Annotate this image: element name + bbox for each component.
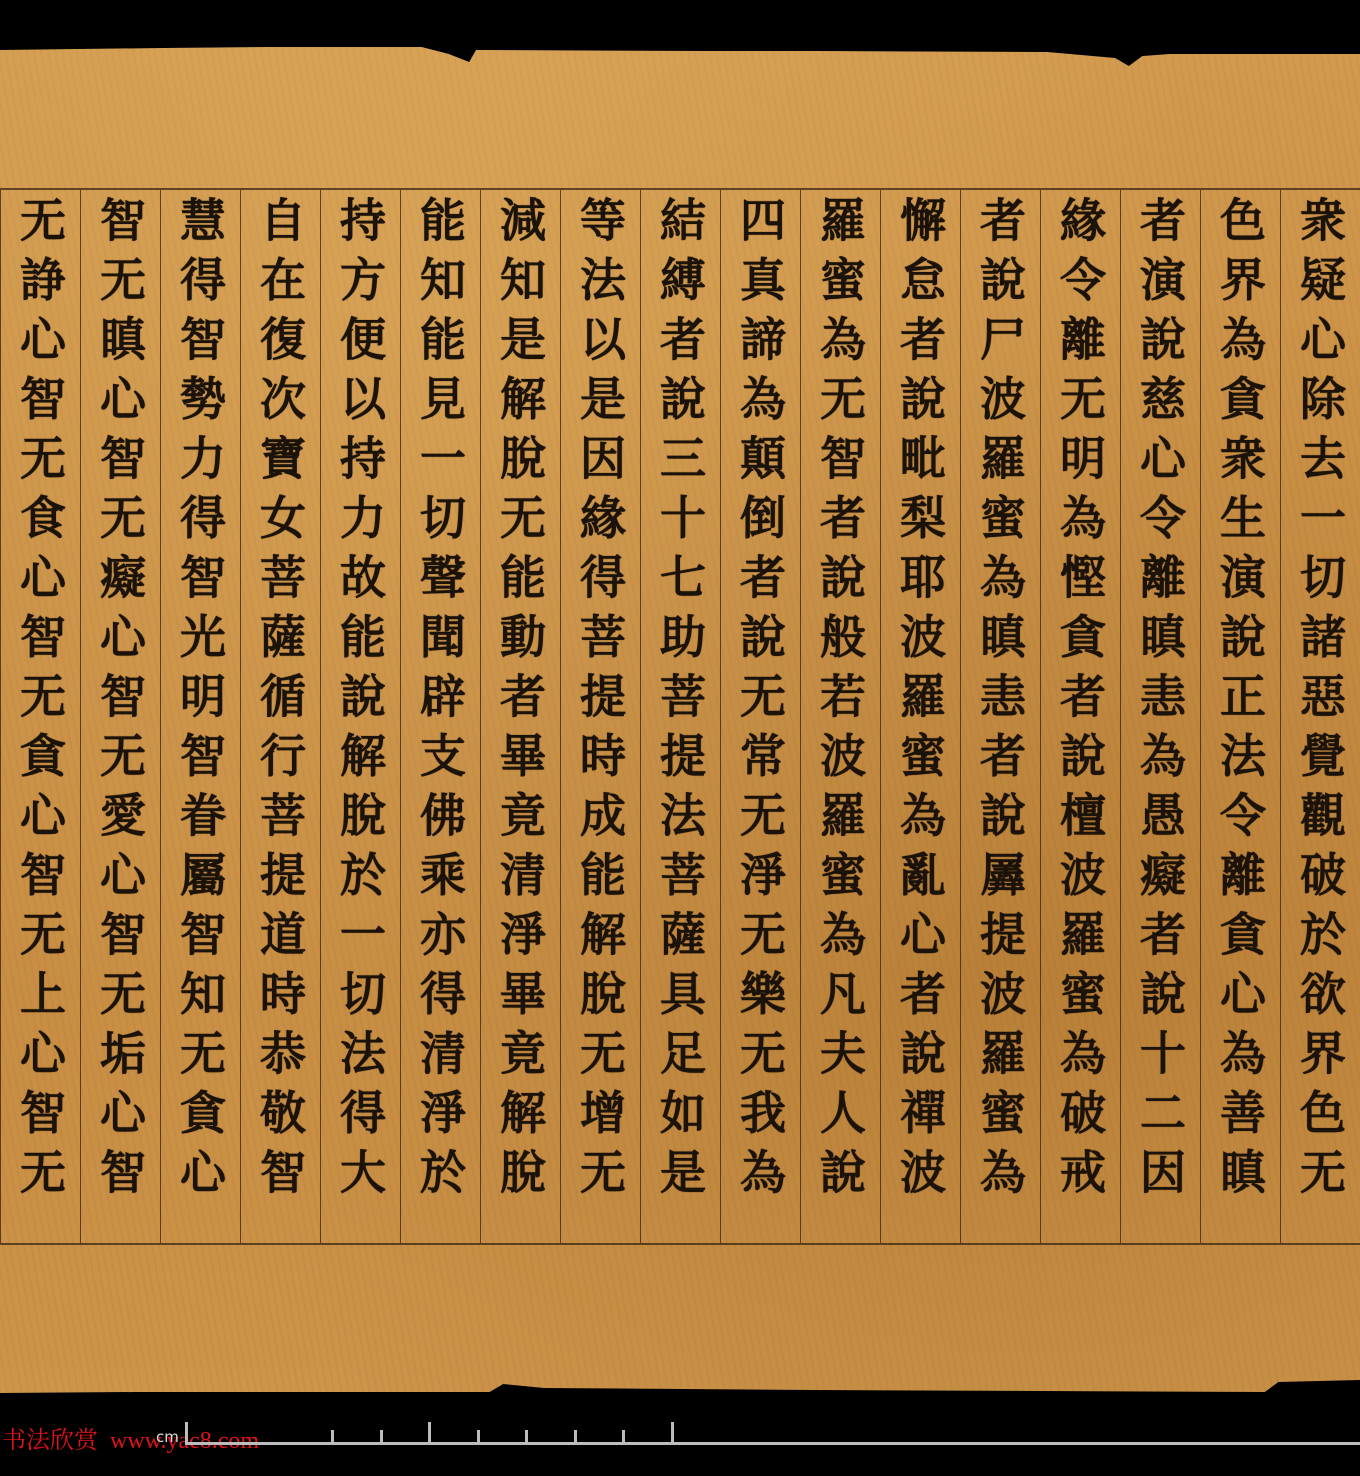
column-text: 慧得智勢力得智光明智眷屬智知无貪心 [160, 196, 240, 1208]
text-column-15: 慧得智勢力得智光明智眷屬智知无貪心 [160, 190, 240, 1243]
ruler-tick [331, 1430, 334, 1442]
text-column-10: 等法以是因緣得菩提時成能解脫无增无 [560, 190, 640, 1243]
ruler-tick [574, 1430, 577, 1442]
ruler-tick [671, 1422, 674, 1442]
column-text: 四真諦為顛倒者說无常无淨无樂无我為 [720, 196, 800, 1208]
column-text: 緣令離无明為慳貪者說檀波羅蜜為破戒 [1040, 196, 1120, 1208]
column-text: 智无瞋心智无癡心智无愛心智无垢心智 [80, 196, 160, 1208]
text-column-7: 羅蜜為无智者說般若波羅蜜為凡夫人說 [800, 190, 880, 1243]
column-text: 能知能見一切聲聞辟支佛乘亦得清淨於 [400, 196, 480, 1208]
text-column-5: 者說尸波羅蜜為瞋恚者說羼提波羅蜜為 [960, 190, 1040, 1243]
ruler-unit-label: cm [156, 1428, 179, 1446]
bottom-border-rule [0, 1243, 1360, 1245]
text-column-1: 衆疑心除去一切諸惡覺觀破於欲界色无 [1280, 190, 1360, 1243]
column-text: 无諍心智无食心智无貪心智无上心智无 [0, 196, 80, 1208]
watermark-chinese: 书法欣赏 [2, 1426, 98, 1454]
column-text: 持方便以持力故能說解脫於一切法得大 [320, 196, 400, 1208]
column-text: 結縛者說三十七助菩提法菩薩具足如是 [640, 196, 720, 1208]
column-text: 懈怠者說毗梨耶波羅蜜為亂心者說禪波 [880, 196, 960, 1208]
ruler-tick [380, 1430, 383, 1442]
text-columns: 衆疑心除去一切諸惡覺觀破於欲界色无 色界為貪衆生演說正法令離貪心為善瞋 者演說慈… [0, 190, 1360, 1243]
text-column-8: 四真諦為顛倒者說无常无淨无樂无我為 [720, 190, 800, 1243]
ruler-tick [525, 1430, 528, 1442]
text-column-16: 智无瞋心智无癡心智无愛心智无垢心智 [80, 190, 160, 1243]
text-column-6: 懈怠者說毗梨耶波羅蜜為亂心者說禪波 [880, 190, 960, 1243]
column-text: 者說尸波羅蜜為瞋恚者說羼提波羅蜜為 [960, 196, 1040, 1208]
column-text: 衆疑心除去一切諸惡覺觀破於欲界色无 [1280, 196, 1360, 1208]
column-text: 減知是解脫无能動者畢竟清淨畢竟解脫 [480, 196, 560, 1208]
column-text: 自在復次寶女菩薩循行菩提道時恭敬智 [240, 196, 320, 1208]
ruler-tick [622, 1430, 625, 1442]
text-column-4: 緣令離无明為慳貪者說檀波羅蜜為破戒 [1040, 190, 1120, 1243]
column-text: 等法以是因緣得菩提時成能解脫无增无 [560, 196, 640, 1208]
ruler-tick [477, 1430, 480, 1442]
column-text: 羅蜜為无智者說般若波羅蜜為凡夫人說 [800, 196, 880, 1208]
text-column-2: 色界為貪衆生演說正法令離貪心為善瞋 [1200, 190, 1280, 1243]
text-column-11: 減知是解脫无能動者畢竟清淨畢竟解脫 [480, 190, 560, 1243]
text-column-17: 无諍心智无食心智无貪心智无上心智无 [0, 190, 80, 1243]
text-column-13: 持方便以持力故能說解脫於一切法得大 [320, 190, 400, 1243]
ruler-tick [428, 1422, 431, 1442]
column-text: 色界為貪衆生演說正法令離貪心為善瞋 [1200, 196, 1280, 1208]
text-column-12: 能知能見一切聲聞辟支佛乘亦得清淨於 [400, 190, 480, 1243]
text-column-3: 者演說慈心令離瞋恚為愚癡者說十二因 [1120, 190, 1200, 1243]
ruler-tick [185, 1422, 188, 1442]
text-column-9: 結縛者說三十七助菩提法菩薩具足如是 [640, 190, 720, 1243]
scale-ruler [185, 1442, 1360, 1445]
watermark: 书法欣赏www.yac8.com [2, 1420, 259, 1455]
text-column-14: 自在復次寶女菩薩循行菩提道時恭敬智 [240, 190, 320, 1243]
column-text: 者演說慈心令離瞋恚為愚癡者說十二因 [1120, 196, 1200, 1208]
